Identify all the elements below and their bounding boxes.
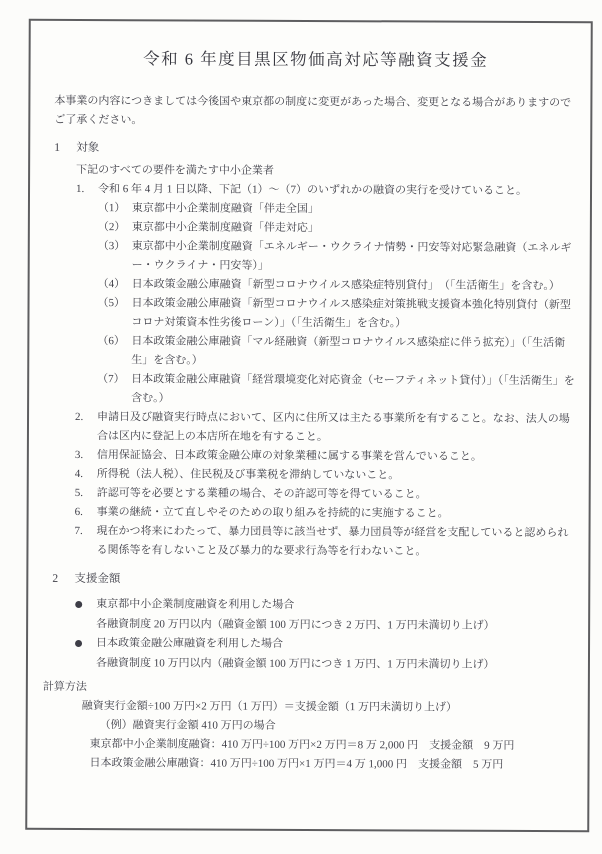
support-bullet-2: 日本政策金融公庫融資を利用した場合 <box>52 634 574 656</box>
bullet-icon <box>75 640 82 647</box>
subitem-number-marker: （4） <box>98 275 132 294</box>
requirement-item-7: 7. 現在かつ将来にわたって、暴力団員等に該当せず、暴力団員等が経営を支配してい… <box>52 522 574 562</box>
subitem-number-marker: （3） <box>98 237 132 275</box>
item-number-marker: 1. <box>76 180 98 199</box>
section2-label: 支援金額 <box>74 570 120 589</box>
loan-subitem-1: （1） 東京都中小企業制度融資「伴走全国」 <box>54 199 576 220</box>
document-border-frame: 令和 6 年度目黒区物価高対応等融資支援金 本事業の内容につきましては今後国や東… <box>25 19 593 832</box>
subitem-text: 日本政策金融公庫融資「新型コロナウイルス感染症対策挑戦支援資本強化特別貸付（新型… <box>131 294 575 334</box>
requirement-item-2: 2. 申請日及び融資実行時点において、区内に住所又は主たる事業所を有すること。な… <box>53 408 575 448</box>
loan-subitem-7: （7） 日本政策金融公庫融資「経営環境変化対応資金（セーフティネット貸付）」（「… <box>53 370 575 410</box>
section1-heading: 1 対象 <box>54 139 576 160</box>
subitem-text: 日本政策金融公庫融資「経営環境変化対応資金（セーフティネット貸付）」（「生活衛生… <box>131 370 575 410</box>
item-text: 令和 6 年 4 月 1 日以降、下記（1）～（7）のいずれかの融資の実行を受け… <box>98 180 576 201</box>
item-number-marker: 7. <box>74 522 96 560</box>
calc-formula: 融資実行金額÷100 万円×2 万円（1 万円）＝支援金額（1 万円未満切り上げ… <box>52 697 574 718</box>
subitem-text: 日本政策金融公庫融資「マル経融資（新型コロナウイルス感染症に伴う拡充）」（「生活… <box>131 332 575 372</box>
subitem-number-marker: （5） <box>97 294 131 332</box>
requirement-item-1: 1. 令和 6 年 4 月 1 日以降、下記（1）～（7）のいずれかの融資の実行… <box>54 180 576 201</box>
loan-subitem-6: （6） 日本政策金融公庫融資「マル経融資（新型コロナウイルス感染症に伴う拡充）」… <box>53 332 575 372</box>
subitem-text: 東京都中小企業制度融資「伴走全国」 <box>132 199 576 220</box>
loan-subitem-4: （4） 日本政策金融公庫融資「新型コロナウイルス感染症特別貸付」 （「生活衛生」… <box>54 275 576 296</box>
section2-heading: 2 支援金額 <box>52 570 574 591</box>
support-bullet-1: 東京都中小企業制度融資を利用した場合 <box>52 595 574 617</box>
scanned-document-page: 令和 6 年度目黒区物価高対応等融資支援金 本事業の内容につきましては今後国や東… <box>0 0 602 854</box>
item-number-marker: 6. <box>75 503 97 522</box>
requirement-item-5: 5. 許認可等を必要とする業種の場合、その許認可等を得ていること。 <box>53 484 575 505</box>
calc-method-heading: 計算方法 <box>43 678 574 699</box>
bullet-label: 日本政策金融公庫融資を利用した場合 <box>96 634 574 656</box>
subitem-number-marker: （6） <box>97 332 131 370</box>
loan-subitem-2: （2） 東京都中小企業制度融資「伴走対応」 <box>54 218 576 239</box>
item-text: 申請日及び融資実行時点において、区内に住所又は主たる事業所を有すること。なお、法… <box>97 408 575 448</box>
calc-example-label: （例）融資実行金額 410 万円の場合 <box>52 716 574 737</box>
item-text: 信用保証協会、日本政策金融公庫の対象業種に属する事業を営んでいること。 <box>97 446 575 467</box>
loan-subitem-5: （5） 日本政策金融公庫融資「新型コロナウイルス感染症対策挑戦支援資本強化特別貸… <box>53 294 575 334</box>
subitem-number-marker: （1） <box>98 199 132 218</box>
subitem-text: 日本政策金融公庫融資「新型コロナウイルス感染症特別貸付」 （「生活衛生」を含む。… <box>132 275 576 296</box>
section2-number: 2 <box>52 570 74 589</box>
item-text: 許認可等を必要とする業種の場合、その許認可等を得ていること。 <box>97 484 575 505</box>
item-text: 所得税（法人税）、住民税及び事業税を滞納していないこと。 <box>97 465 575 486</box>
item-number-marker: 4. <box>75 465 97 484</box>
item-number-marker: 5. <box>75 484 97 503</box>
section1-number: 1 <box>54 139 76 158</box>
bullet-detail: 各融資制度 10 万円以内（融資金額 100 万円につき 1 万円、1 万円未満… <box>52 654 574 675</box>
bullet-detail: 各融資制度 20 万円以内（融資金額 100 万円につき 2 万円、1 万円未満… <box>52 615 574 636</box>
bullet-label: 東京都中小企業制度融資を利用した場合 <box>96 595 574 617</box>
subitem-number-marker: （7） <box>97 370 131 408</box>
bullet-icon <box>75 601 82 608</box>
requirement-item-4: 4. 所得税（法人税）、住民税及び事業税を滞納していないこと。 <box>53 465 575 486</box>
section1-label: 対象 <box>76 139 99 158</box>
loan-subitem-3: （3） 東京都中小企業制度融資「エネルギー・ウクライナ情勢・円安等対応緊急融資（… <box>54 237 576 277</box>
requirement-item-3: 3. 信用保証協会、日本政策金融公庫の対象業種に属する事業を営んでいること。 <box>53 446 575 467</box>
subitem-number-marker: （2） <box>98 218 132 237</box>
section1-lead: 下記のすべての要件を満たす中小企業者 <box>76 161 576 182</box>
calc-example-line-1: 東京都中小企業制度融資：410 万円÷100 万円×2 万円＝8 万 2,000… <box>52 735 574 756</box>
subitem-text: 東京都中小企業制度融資「エネルギー・ウクライナ情勢・円安等対応緊急融資（エネルギ… <box>132 237 576 277</box>
item-text: 事業の継続・立て直しやそのための取り組みを持続的に実施すること。 <box>97 503 575 524</box>
requirement-item-6: 6. 事業の継続・立て直しやそのための取り組みを持続的に実施すること。 <box>53 503 575 524</box>
calc-example-line-2: 日本政策金融公庫融資：410 万円÷100 万円×1 万円＝4 万 1,000 … <box>51 754 573 775</box>
intro-note: 本事業の内容につきましては今後国や東京都の制度に変更があった場合、変更となる場合… <box>54 92 576 132</box>
item-text: 現在かつ将来にわたって、暴力団員等に該当せず、暴力団員等が経営を支配していると認… <box>96 522 574 562</box>
item-number-marker: 3. <box>75 446 97 465</box>
document-title: 令和 6 年度目黒区物価高対応等融資支援金 <box>55 47 577 73</box>
item-number-marker: 2. <box>75 408 97 446</box>
subitem-text: 東京都中小企業制度融資「伴走対応」 <box>132 218 576 239</box>
